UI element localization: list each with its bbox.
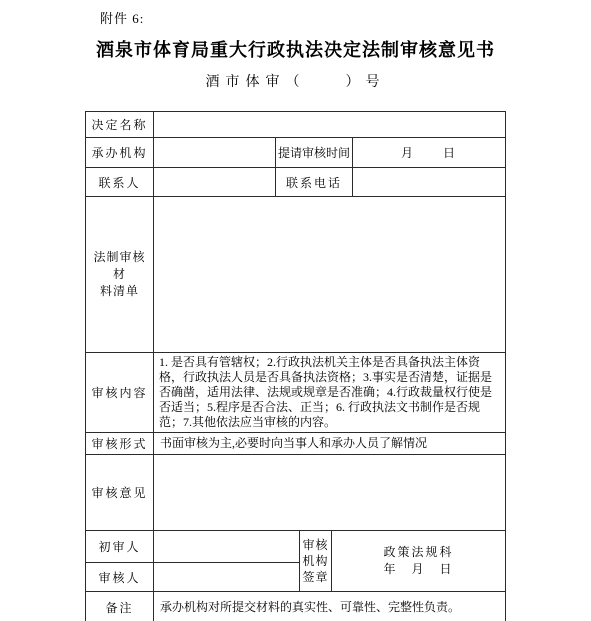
table-row: 联系人 联系电话: [86, 168, 506, 197]
first-reviewer-value: [154, 531, 300, 563]
decision-name-value: [154, 112, 506, 138]
table-row: 初审人 审核 机构 签章 政策法规科 年 月 日: [86, 531, 506, 563]
page-title: 酒泉市体育局重大行政执法决定法制审核意见书: [0, 36, 591, 62]
contact-phone-label: 联系电话: [276, 168, 353, 197]
contact-person-label: 联系人: [86, 168, 154, 197]
review-content-label: 审核内容: [86, 353, 154, 433]
undertaking-org-label: 承办机构: [86, 138, 154, 168]
review-request-time-value: 月 日: [353, 138, 506, 168]
review-opinion-value: [154, 455, 506, 531]
review-content-value: 1. 是否具有管辖权；2.行政执法机关主体是否具备执法主体资格，行政执法人员是否…: [154, 353, 506, 433]
seal-department: 政策法规科: [332, 544, 505, 561]
review-form-value: 书面审核为主,必要时向当事人和承办人员了解情况: [154, 433, 506, 455]
review-form-table: 决定名称 承办机构 提请审核时间 月 日 联系人 联系电话 法制审核材 料清单 …: [85, 111, 506, 621]
undertaking-org-value: [154, 138, 276, 168]
table-row: 审核内容 1. 是否具有管辖权；2.行政执法机关主体是否具备执法主体资格，行政执…: [86, 353, 506, 433]
attachment-label: 附件 6:: [100, 8, 144, 27]
remarks-value: 承办机构对所提交材料的真实性、可靠性、完整性负责。: [154, 592, 506, 621]
document-page: 附件 6: 酒泉市体育局重大行政执法决定法制审核意见书 酒市体审（ ）号 决定名…: [0, 0, 591, 621]
table-row: 承办机构 提请审核时间 月 日: [86, 138, 506, 168]
review-org-seal-label: 审核 机构 签章: [300, 531, 332, 592]
materials-list-value: [154, 197, 506, 353]
decision-name-label: 决定名称: [86, 112, 154, 138]
materials-list-label: 法制审核材 料清单: [86, 197, 154, 353]
reviewer-value: [154, 563, 300, 592]
seal-date-line: 年 月 日: [332, 561, 505, 578]
review-opinion-label: 审核意见: [86, 455, 154, 531]
table-row: 决定名称: [86, 112, 506, 138]
table-row: 备注 承办机构对所提交材料的真实性、可靠性、完整性负责。: [86, 592, 506, 621]
first-reviewer-label: 初审人: [86, 531, 154, 563]
reviewer-label: 审核人: [86, 563, 154, 592]
table-row: 法制审核材 料清单: [86, 197, 506, 353]
table-row: 审核形式 书面审核为主,必要时向当事人和承办人员了解情况: [86, 433, 506, 455]
contact-phone-value: [353, 168, 506, 197]
review-org-seal-cell: 政策法规科 年 月 日: [332, 531, 506, 592]
review-request-time-label: 提请审核时间: [276, 138, 353, 168]
remarks-label: 备注: [86, 592, 154, 621]
table-row: 审核意见: [86, 455, 506, 531]
contact-person-value: [154, 168, 276, 197]
doc-number: 酒市体审（ ）号: [0, 71, 591, 91]
review-form-label: 审核形式: [86, 433, 154, 455]
